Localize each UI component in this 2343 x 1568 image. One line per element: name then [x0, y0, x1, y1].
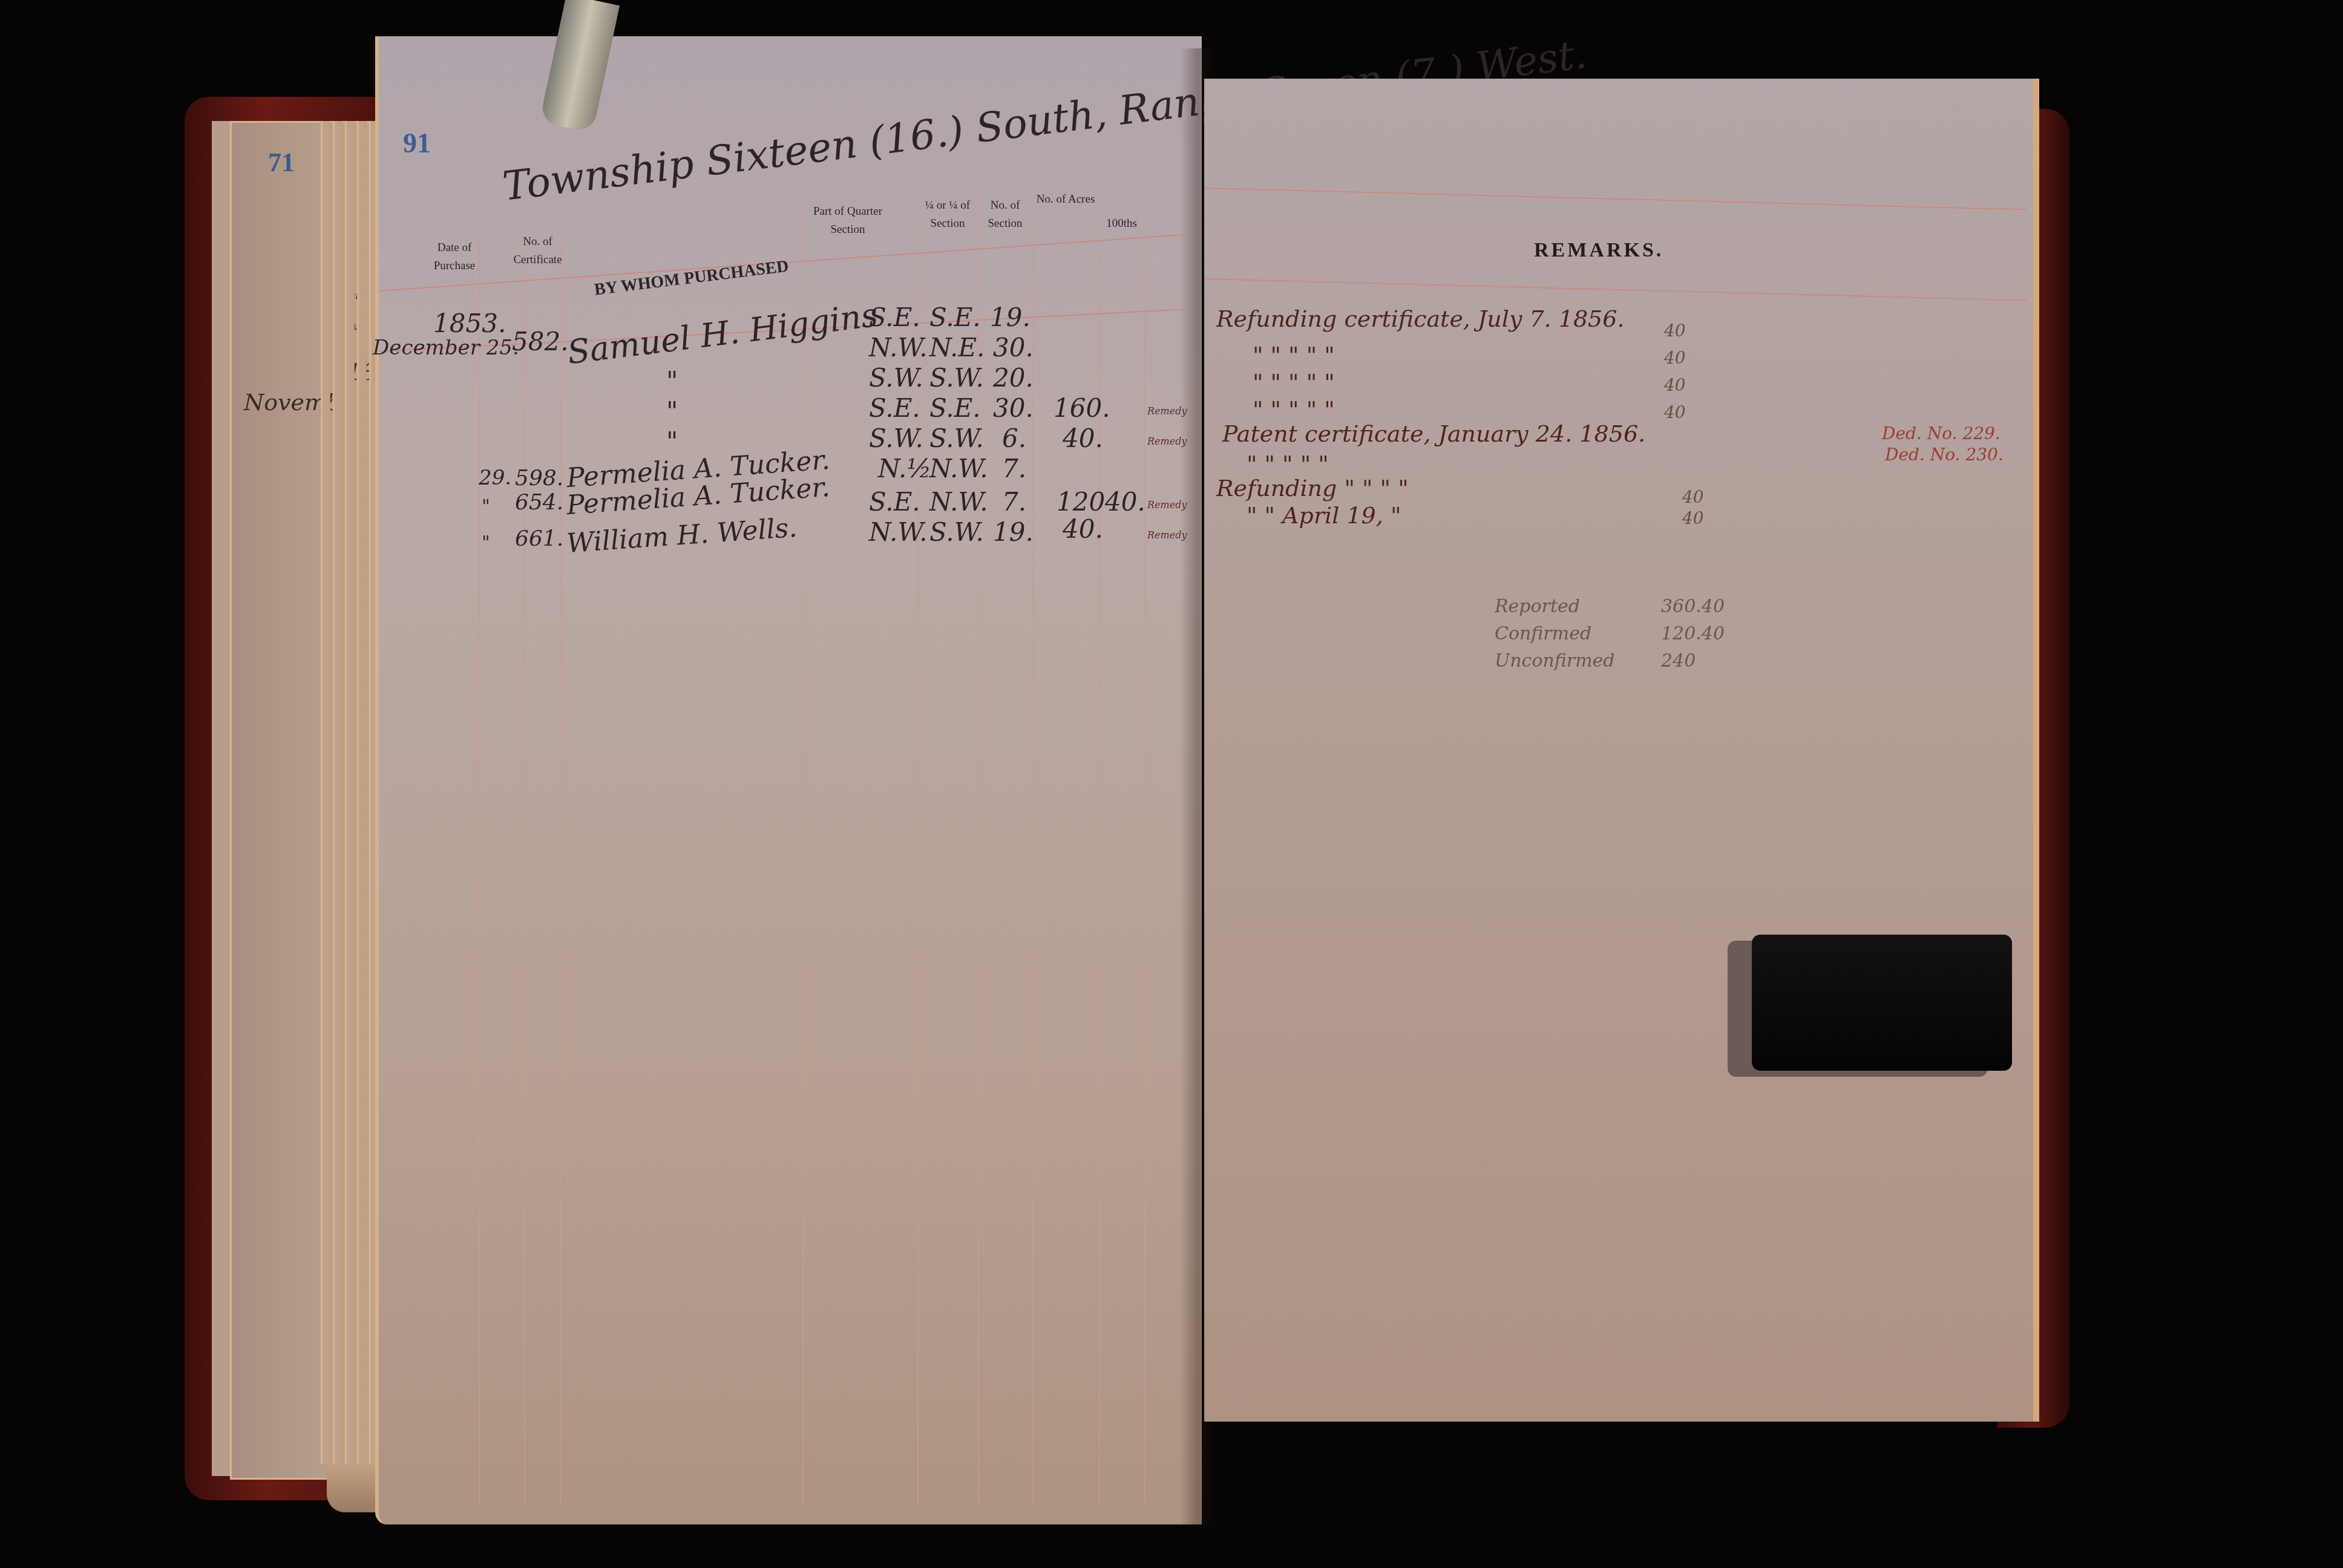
ledger-page-right: REMARKS. Refunding certificate, July 7. … [1204, 79, 2039, 1422]
entry-quarter: N.W. [929, 454, 988, 483]
column-rule [802, 212, 804, 1506]
header-rule-bottom [1204, 278, 2027, 301]
entry-part-quarter: N.W. [869, 333, 928, 362]
column-header-hundredths: 100ths [1099, 215, 1144, 233]
entry-section: 20. [993, 363, 1034, 393]
column-header-part-quarter-section: Part of Quarter Section [802, 203, 893, 239]
entry-quarter: S.W. [929, 423, 984, 453]
remark-text: Refunding certificate, July 7. 1856. [1216, 305, 1625, 332]
header-rule-top [1204, 188, 2027, 211]
previous-page-number: 71 [268, 147, 295, 178]
entry-acres: 160. [1054, 393, 1110, 423]
remarks-header: REMARKS. [1534, 239, 1663, 262]
entry-purchaser: " [666, 426, 678, 456]
entry-quarter: N.W. [929, 487, 988, 517]
margin-note: Ded. No. 229. [1882, 423, 2001, 443]
entry-purchaser: Samuel H. Higgins [565, 296, 880, 371]
entry-section: 6. [1002, 423, 1026, 453]
entry-acres: 120 [1057, 487, 1105, 517]
entry-quarter: S.E. [929, 302, 981, 332]
entry-hundredths: 40. [1105, 487, 1145, 517]
column-rule [1144, 197, 1145, 1506]
column-header-certificate: No. of Certificate [512, 233, 563, 269]
entry-certificate: 654. [515, 490, 563, 515]
remark-text: Refunding " " " " [1216, 475, 1409, 501]
entry-part-quarter: S.W. [869, 423, 923, 453]
entry-section: 30. [993, 333, 1034, 362]
remark-text: " " " " " [1253, 396, 1335, 423]
column-header-acres: No. of Acres [1032, 191, 1099, 209]
remark-amount: 40 [1664, 321, 1686, 341]
column-header-section: No. of Section [978, 197, 1032, 233]
remark-amount: 40 [1682, 508, 1704, 528]
entry-part-quarter: S.E. [869, 393, 920, 423]
entry-purchaser: William H. Wells. [566, 512, 798, 559]
entry-date: 29. [479, 466, 511, 490]
remark-text: Patent certificate, January 24. 1856. [1222, 420, 1645, 447]
remark-amount: 40 [1664, 375, 1686, 395]
entry-acres: 40. [1063, 423, 1103, 453]
entry-date: December 25. [373, 336, 519, 360]
summary-label: Unconfirmed [1495, 650, 1615, 671]
column-rule [479, 236, 480, 1506]
entry-section: 7. [1002, 487, 1026, 517]
entry-quarter: N.E. [929, 333, 985, 362]
column-rule [560, 236, 562, 1506]
entry-date: " [482, 532, 490, 554]
column-rule [524, 236, 525, 1506]
entry-acres: 40. [1063, 514, 1103, 544]
entry-certificate: 661. [515, 526, 563, 551]
entry-certificate: 598. [515, 466, 563, 491]
remark-text: " " " " " [1253, 369, 1335, 396]
entry-certificate: 582. [512, 327, 569, 356]
remark-amount: 40 [1664, 402, 1686, 422]
column-header-purchaser: BY WHOM PURCHASED [593, 257, 790, 299]
summary-value: 120.40 [1661, 623, 1725, 644]
entry-part-quarter: N.½ [878, 454, 931, 483]
entry-part-quarter: N.W. [869, 517, 928, 547]
entry-section: 30. [993, 393, 1034, 423]
entry-purchaser: " [666, 366, 678, 396]
entry-section: 19. [990, 302, 1031, 332]
page-number: 91 [403, 127, 431, 159]
entry-section: 19. [993, 517, 1034, 547]
remark-text: " " " " " [1253, 342, 1335, 368]
remark-amount: 40 [1682, 487, 1704, 507]
entry-year: 1853. [433, 309, 506, 338]
summary-label: Reported [1495, 596, 1580, 617]
entry-quarter: S.E. [929, 393, 981, 423]
book-weight[interactable] [1752, 935, 2012, 1071]
entry-part-quarter: S.E. [869, 302, 920, 332]
summary-label: Confirmed [1495, 623, 1591, 644]
entry-part-quarter: S.E. [869, 487, 920, 517]
remark-text: " " " " " [1247, 451, 1329, 477]
margin-note: Ded. No. 230. [1885, 445, 2004, 465]
remark-amount: 40 [1664, 348, 1686, 368]
summary-value: 360.40 [1661, 596, 1725, 617]
entry-purchaser: " [666, 396, 678, 426]
summary-value: 240 [1661, 650, 1696, 671]
page-edges [321, 121, 381, 1464]
remark-text: " " April 19, " [1247, 502, 1401, 529]
ledger-page-left: 91 Township Sixteen (16.) South, Range S… [375, 36, 1202, 1524]
entry-part-quarter: S.W. [869, 363, 923, 393]
entry-quarter: S.W. [929, 363, 984, 393]
column-header-quarter: ¼ or ¼ of Section [917, 197, 978, 233]
column-header-date: Date of Purchase [430, 239, 479, 275]
entry-date: " [482, 496, 490, 517]
entry-quarter: S.W. [929, 517, 984, 547]
entry-section: 7. [1002, 454, 1026, 483]
